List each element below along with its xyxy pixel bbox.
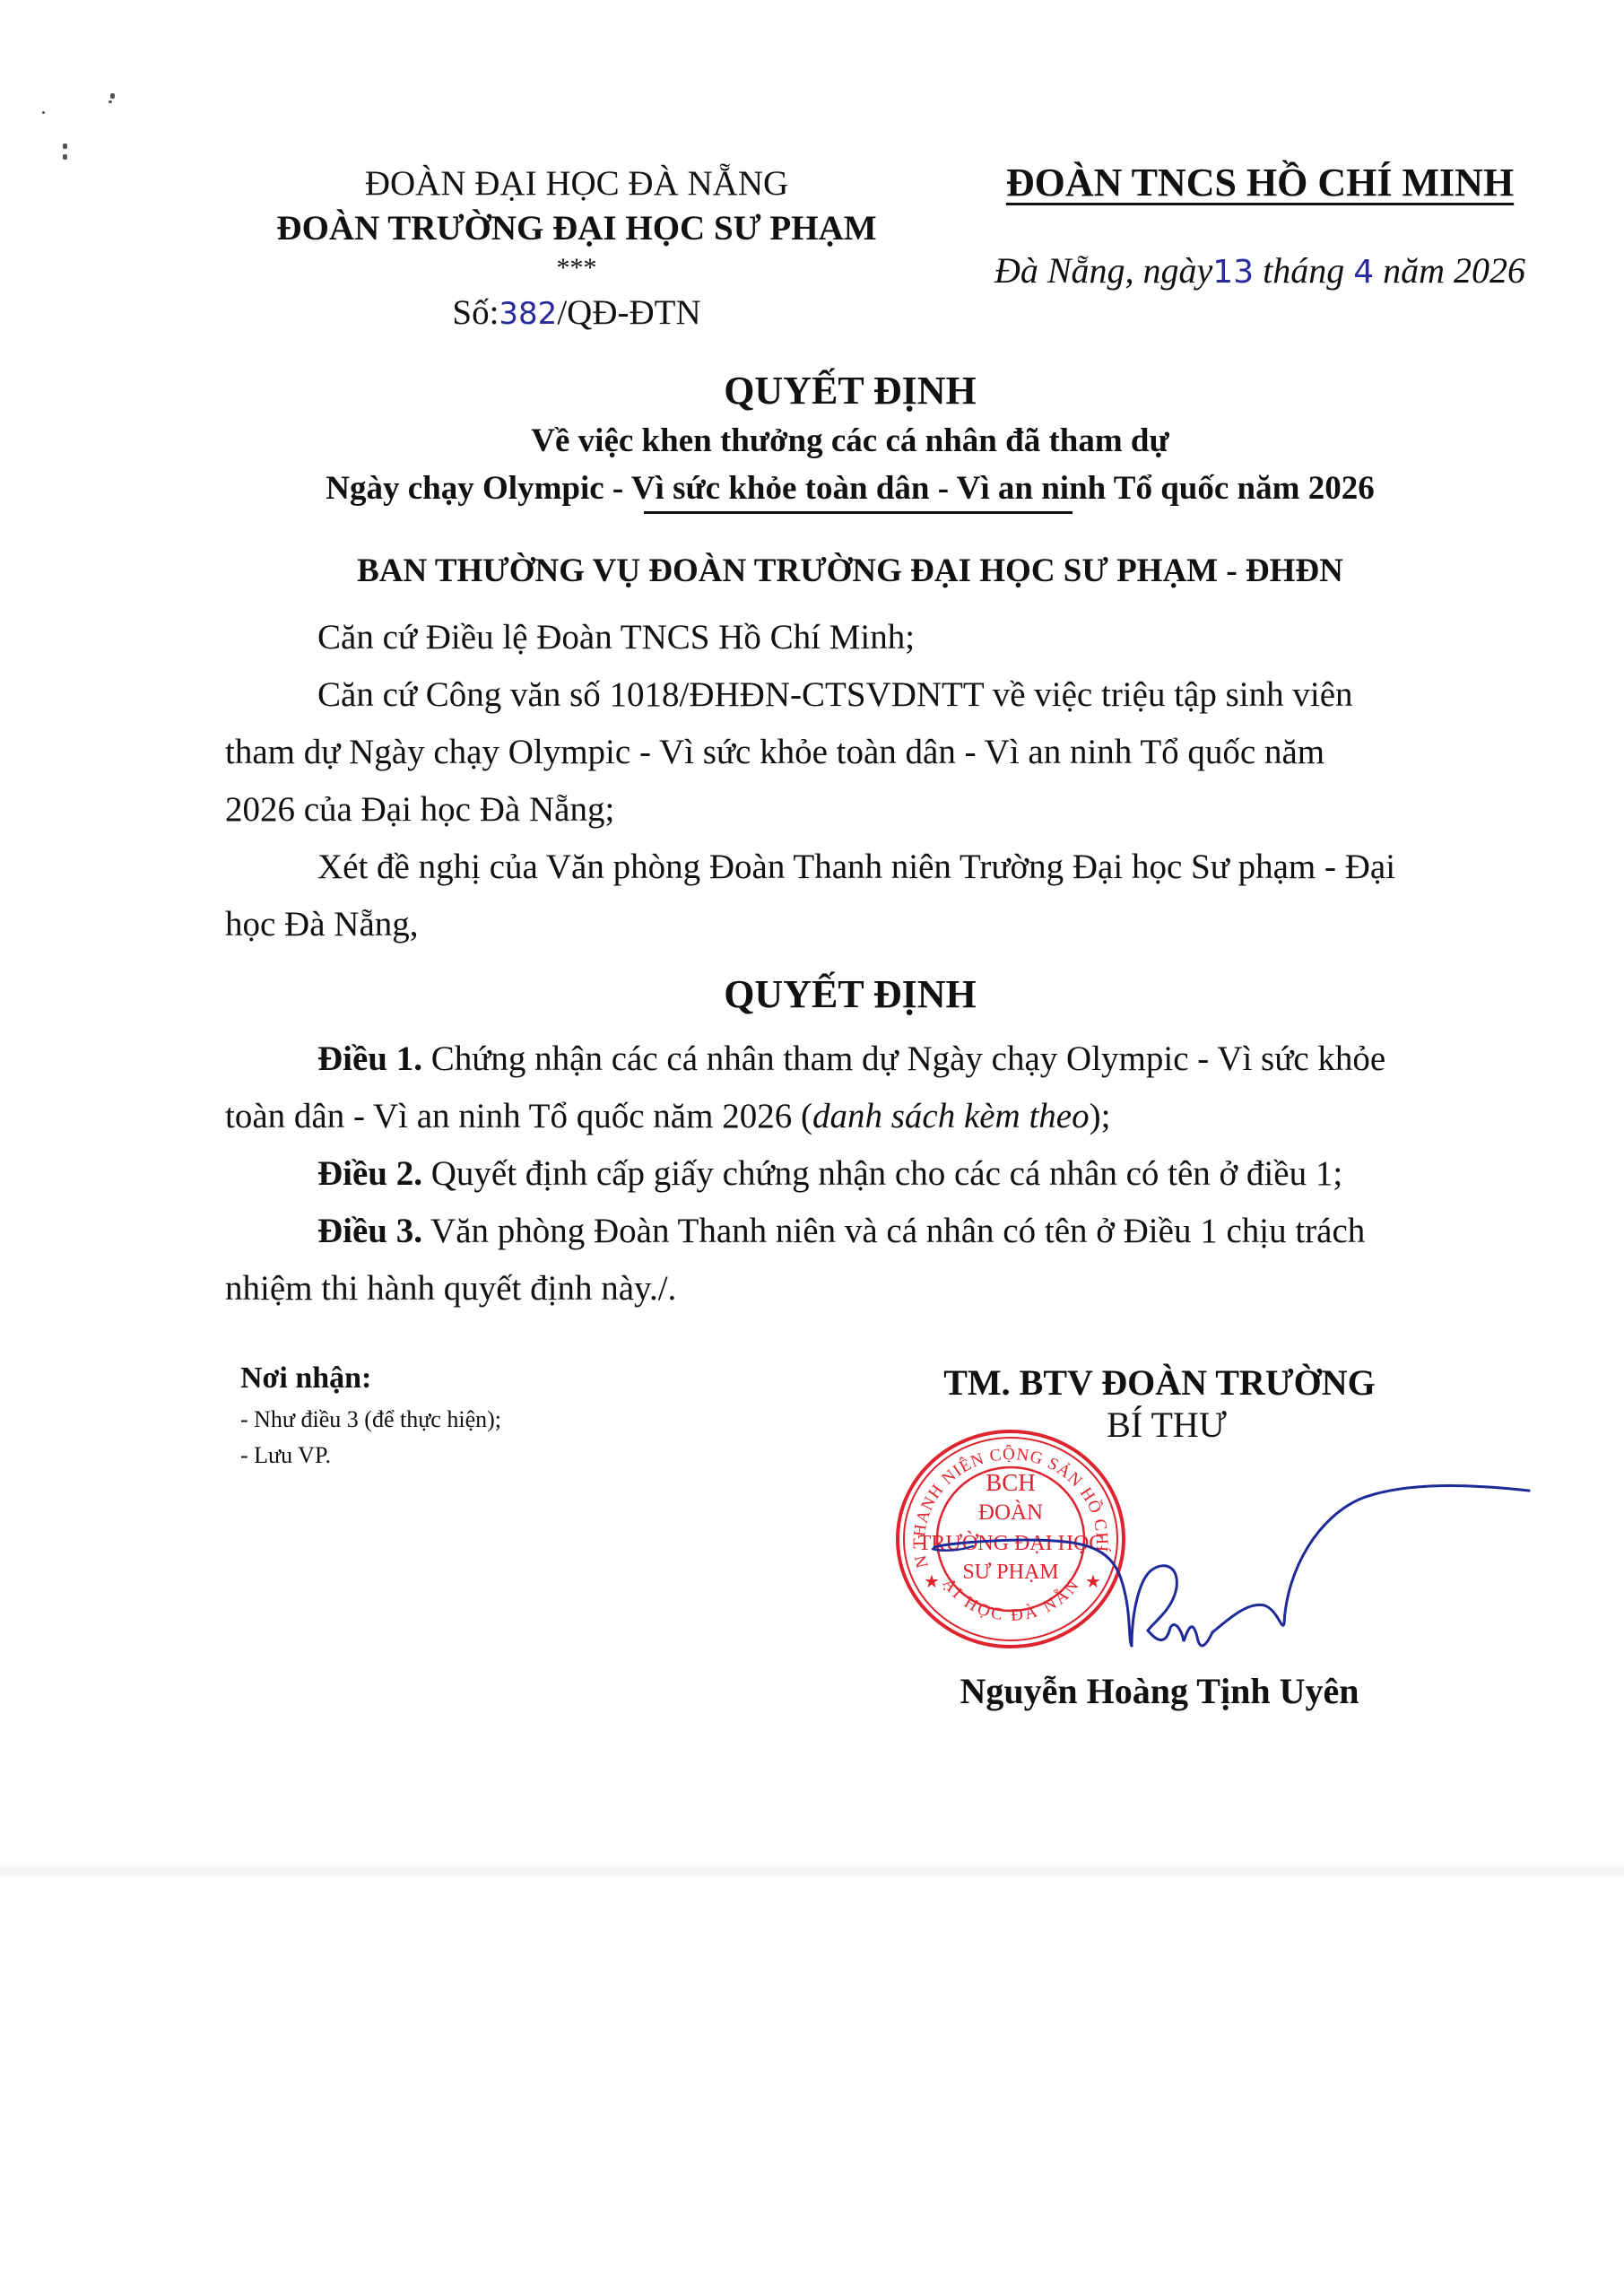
issuing-body: BAN THƯỜNG VỤ ĐOÀN TRƯỜNG ĐẠI HỌC SƯ PHẠ… [357, 552, 1343, 590]
scan-speck [109, 100, 112, 103]
signer-name: Nguyễn Hoàng Tịnh Uyên [960, 1670, 1359, 1712]
article-label: Điều 1. [317, 1039, 422, 1078]
recipient-item: - Lưu VP. [240, 1442, 331, 1469]
recipients-heading: Nơi nhận: [240, 1361, 371, 1396]
document-page: ĐOÀN ĐẠI HỌC ĐÀ NẴNG ĐOÀN TRƯỜNG ĐẠI HỌC… [0, 0, 1624, 2296]
scan-speck [63, 154, 67, 160]
scan-speck [110, 93, 115, 99]
date-year-label: năm 2026 [1374, 250, 1525, 291]
article-3-line-1: Điều 3. Văn phòng Đoàn Thanh niên và cá … [317, 1211, 1365, 1251]
article-attachment-note: danh sách kèm theo [812, 1097, 1090, 1135]
scan-speck [63, 143, 67, 149]
article-text: Văn phòng Đoàn Thanh niên và cá nhân có … [422, 1212, 1365, 1250]
preamble-line: học Đà Nẵng, [225, 904, 419, 944]
document-number-handwritten: 382 [499, 296, 557, 332]
article-3-line-2: nhiệm thi hành quyết định này./. [225, 1268, 676, 1309]
scan-speck [42, 111, 45, 114]
date-month-handwritten: 4 [1353, 254, 1374, 291]
scan-band [0, 1862, 1624, 1878]
preamble-line: 2026 của Đại học Đà Nẵng; [225, 789, 614, 830]
org-name: ĐOÀN TRƯỜNG ĐẠI HỌC SƯ PHẠM [276, 208, 876, 248]
date-month-label: tháng [1254, 250, 1353, 291]
document-number: Số:382/QĐ-ĐTN [452, 292, 700, 333]
article-text: toàn dân - Vì an ninh Tổ quốc năm 2026 ( [225, 1097, 812, 1135]
signature-on-behalf: TM. BTV ĐOÀN TRƯỜNG [943, 1361, 1376, 1404]
preamble-line: Căn cứ Điều lệ Đoàn TNCS Hồ Chí Minh; [317, 617, 915, 657]
decision-heading: QUYẾT ĐỊNH [724, 971, 977, 1017]
article-text: ); [1090, 1097, 1111, 1135]
document-title: QUYẾT ĐỊNH [724, 368, 977, 413]
preamble-line: Xét đề nghị của Văn phòng Đoàn Thanh niê… [317, 847, 1395, 887]
date-day-handwritten: 13 [1212, 254, 1254, 291]
document-number-suffix: /QĐ-ĐTN [557, 293, 700, 332]
subject-line-1: Về việc khen thưởng các cá nhân đã tham … [531, 422, 1168, 460]
article-label: Điều 2. [317, 1154, 422, 1193]
recipient-item: - Như điều 3 (để thực hiện); [240, 1406, 501, 1433]
article-label: Điều 3. [317, 1212, 422, 1250]
article-1-line-2: toàn dân - Vì an ninh Tổ quốc năm 2026 (… [225, 1096, 1110, 1136]
preamble-line: Căn cứ Công văn số 1018/ĐHĐN-CTSVDNTT về… [317, 674, 1353, 715]
handwritten-signature-icon [897, 1417, 1542, 1650]
document-number-prefix: Số: [452, 293, 499, 332]
party-motto: ĐOÀN TNCS HỒ CHÍ MINH [1006, 160, 1514, 205]
article-text: Quyết định cấp giấy chứng nhận cho các c… [422, 1154, 1342, 1193]
header-separator: *** [557, 253, 597, 283]
preamble-line: tham dự Ngày chạy Olympic - Vì sức khỏe … [225, 732, 1324, 772]
issue-date: Đà Nẵng, ngày13 tháng 4 năm 2026 [994, 249, 1525, 291]
article-2-line-1: Điều 2. Quyết định cấp giấy chứng nhận c… [317, 1153, 1342, 1194]
org-parent: ĐOÀN ĐẠI HỌC ĐÀ NẴNG [365, 163, 788, 204]
date-prefix: Đà Nẵng, ngày [994, 250, 1212, 291]
article-text: Chứng nhận các cá nhân tham dự Ngày chạy… [422, 1039, 1385, 1078]
article-1-line-1: Điều 1. Chứng nhận các cá nhân tham dự N… [317, 1039, 1385, 1079]
subject-underline [644, 511, 1073, 514]
subject-line-2: Ngày chạy Olympic - Vì sức khỏe toàn dân… [326, 469, 1374, 508]
